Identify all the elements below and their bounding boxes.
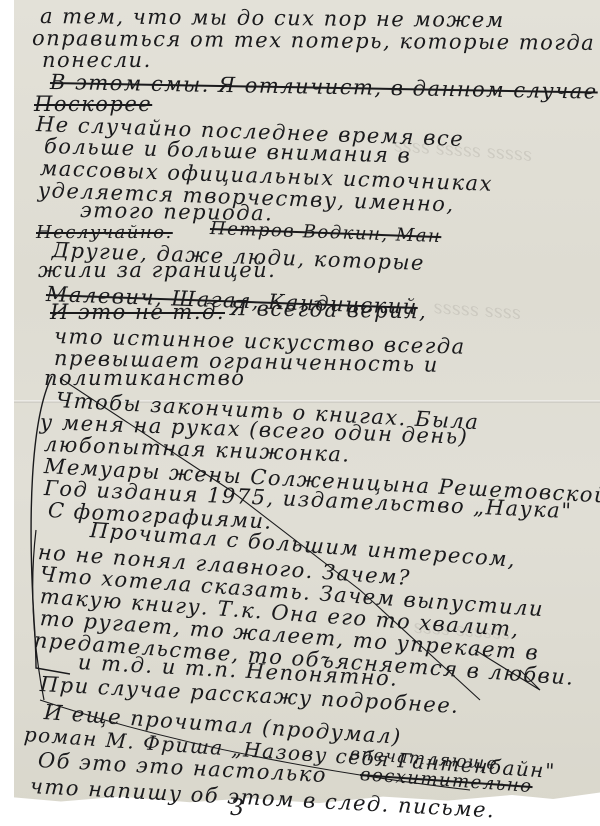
page-number: 3 (230, 796, 246, 821)
letter-line: жили за границей. (38, 258, 276, 282)
letter-line: Я всегда верил, (230, 296, 428, 323)
letter-line-struck: И это не т.д. (50, 300, 225, 324)
bleed-through-text: гггг ггггг (433, 297, 522, 324)
letter-line: понесли. (42, 48, 152, 72)
letter-line: политиканство (44, 366, 245, 390)
